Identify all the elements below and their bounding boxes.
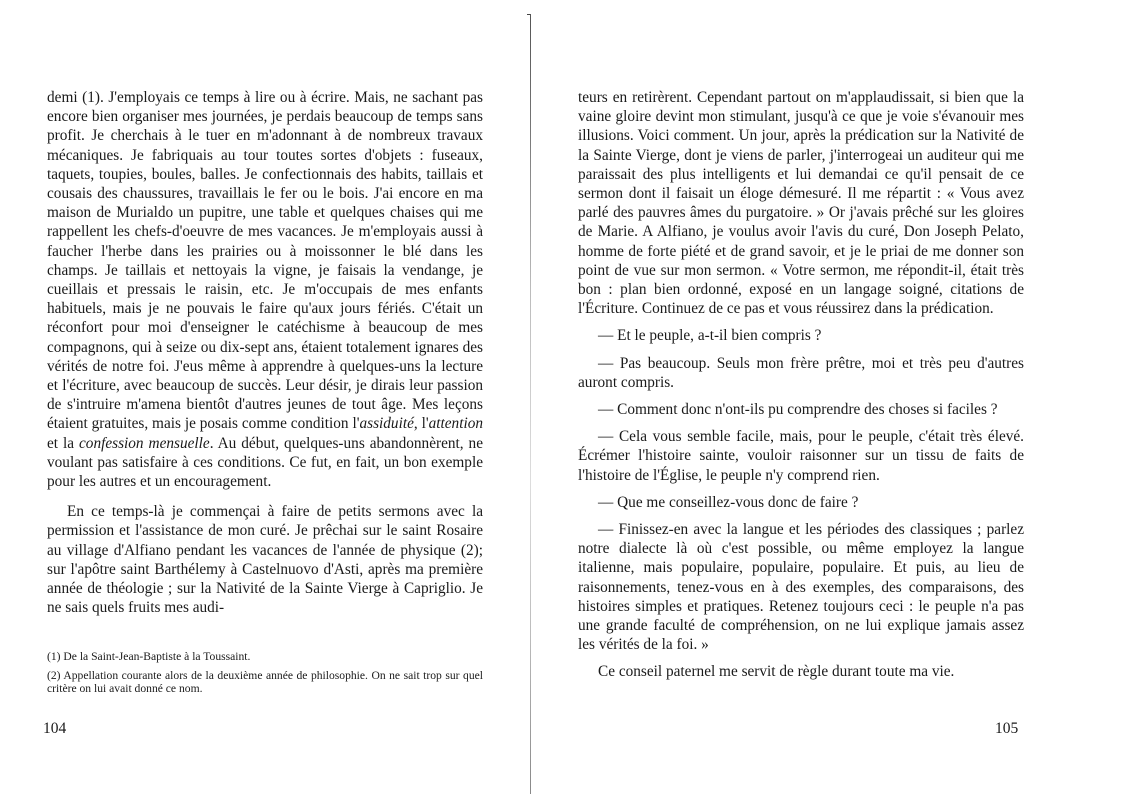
footnote-1: (1) De la Saint-Jean-Baptiste à la Touss… xyxy=(47,650,483,663)
dialogue-line: — Et le peuple, a-t-il bien compris ? xyxy=(578,326,1024,345)
emphasis-confession: confession mensuelle xyxy=(79,435,210,452)
dialogue-line: — Pas beaucoup. Seuls mon frère prêtre, … xyxy=(578,354,1024,392)
left-page: demi (1). J'employais ce temps à lire ou… xyxy=(0,0,520,794)
paragraph: teurs en retirèrent. Cependant partout o… xyxy=(578,88,1024,318)
right-page-body: teurs en retirèrent. Cependant partout o… xyxy=(578,88,1024,682)
dialogue-line: — Que me conseillez-vous donc de faire ? xyxy=(578,493,1024,512)
emphasis-attention: attention xyxy=(429,415,483,432)
paragraph: Ce conseil paternel me servit de règle d… xyxy=(578,662,1024,681)
dialogue-line: — Finissez-en avec la langue et les péri… xyxy=(578,520,1024,654)
footnotes: (1) De la Saint-Jean-Baptiste à la Touss… xyxy=(47,650,483,701)
paragraph: En ce temps-là je commençai à faire de p… xyxy=(47,502,483,617)
paragraph-text: demi (1). J'employais ce temps à lire ou… xyxy=(47,89,483,432)
paragraph: demi (1). J'employais ce temps à lire ou… xyxy=(47,88,483,491)
paragraph-text: et la xyxy=(47,435,79,452)
left-page-body: demi (1). J'employais ce temps à lire ou… xyxy=(47,88,483,617)
page-number: 104 xyxy=(43,720,66,738)
emphasis-assiduite: assiduité xyxy=(359,415,413,432)
page-number: 105 xyxy=(995,720,1018,738)
right-page: teurs en retirèrent. Cependant partout o… xyxy=(520,0,1123,794)
footnote-2: (2) Appellation courante alors de la deu… xyxy=(47,669,483,695)
dialogue-line: — Comment donc n'ont-ils pu comprendre d… xyxy=(578,400,1024,419)
paragraph-text: , l' xyxy=(414,415,429,432)
dialogue-line: — Cela vous semble facile, mais, pour le… xyxy=(578,427,1024,485)
